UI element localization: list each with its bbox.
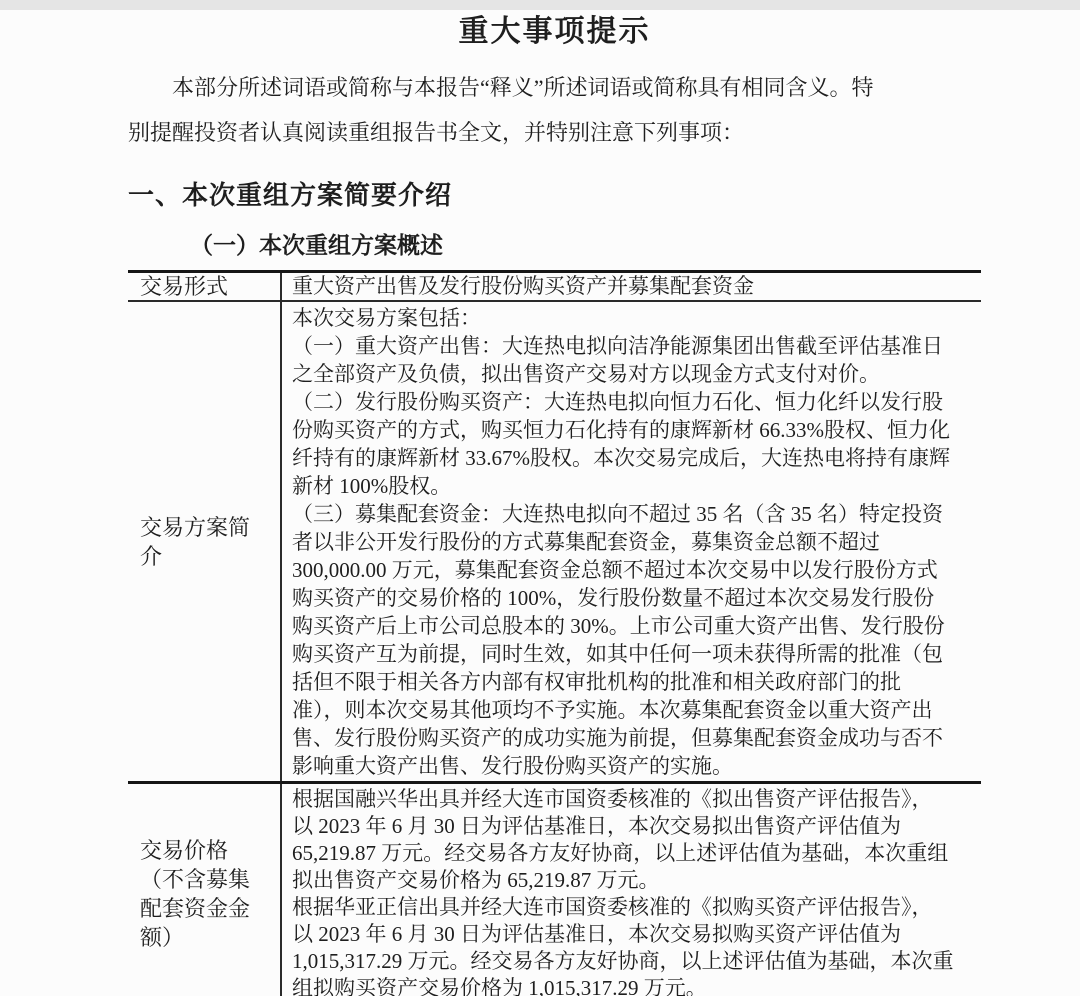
intro-paragraph: 本部分所述词语或简称与本报告“释义”所述词语或简称具有相同含义。特 别提醒投资者… [128,65,981,155]
row-label-transaction-form: 交易形式 [128,273,280,300]
document-page: 重大事项提示 本部分所述词语或简称与本报告“释义”所述词语或简称具有相同含义。特… [128,14,981,996]
deal-summary-table: 交易形式 重大资产出售及发行股份购买资产并募集配套资金 交易方案简 介 本次交易… [128,270,981,996]
row-label-plan-summary: 交易方案简 介 [128,302,280,781]
table-row-plan-summary: 交易方案简 介 本次交易方案包括： （一）重大资产出售：大连热电拟向洁净能源集团… [128,302,981,784]
row-content-transaction-form: 重大资产出售及发行股份购买资产并募集配套资金 [280,273,981,300]
row-content-transaction-price: 根据国融兴华出具并经大连市国资委核准的《拟出售资产评估报告》， 以 2023 年… [280,784,981,996]
section-heading: 一、本次重组方案简要介绍 [128,180,981,211]
table-row-transaction-form: 交易形式 重大资产出售及发行股份购买资产并募集配套资金 [128,273,981,302]
scan-edge-strip [0,0,1080,10]
row-label-transaction-price: 交易价格 （不含募集 配套资金金 额） [128,784,280,996]
row-content-plan-summary: 本次交易方案包括： （一）重大资产出售：大连热电拟向洁净能源集团出售截至评估基准… [280,302,981,781]
table-row-transaction-price: 交易价格 （不含募集 配套资金金 额） 根据国融兴华出具并经大连市国资委核准的《… [128,784,981,996]
subsection-heading: （一）本次重组方案概述 [190,232,981,259]
page-title: 重大事项提示 [128,14,981,50]
